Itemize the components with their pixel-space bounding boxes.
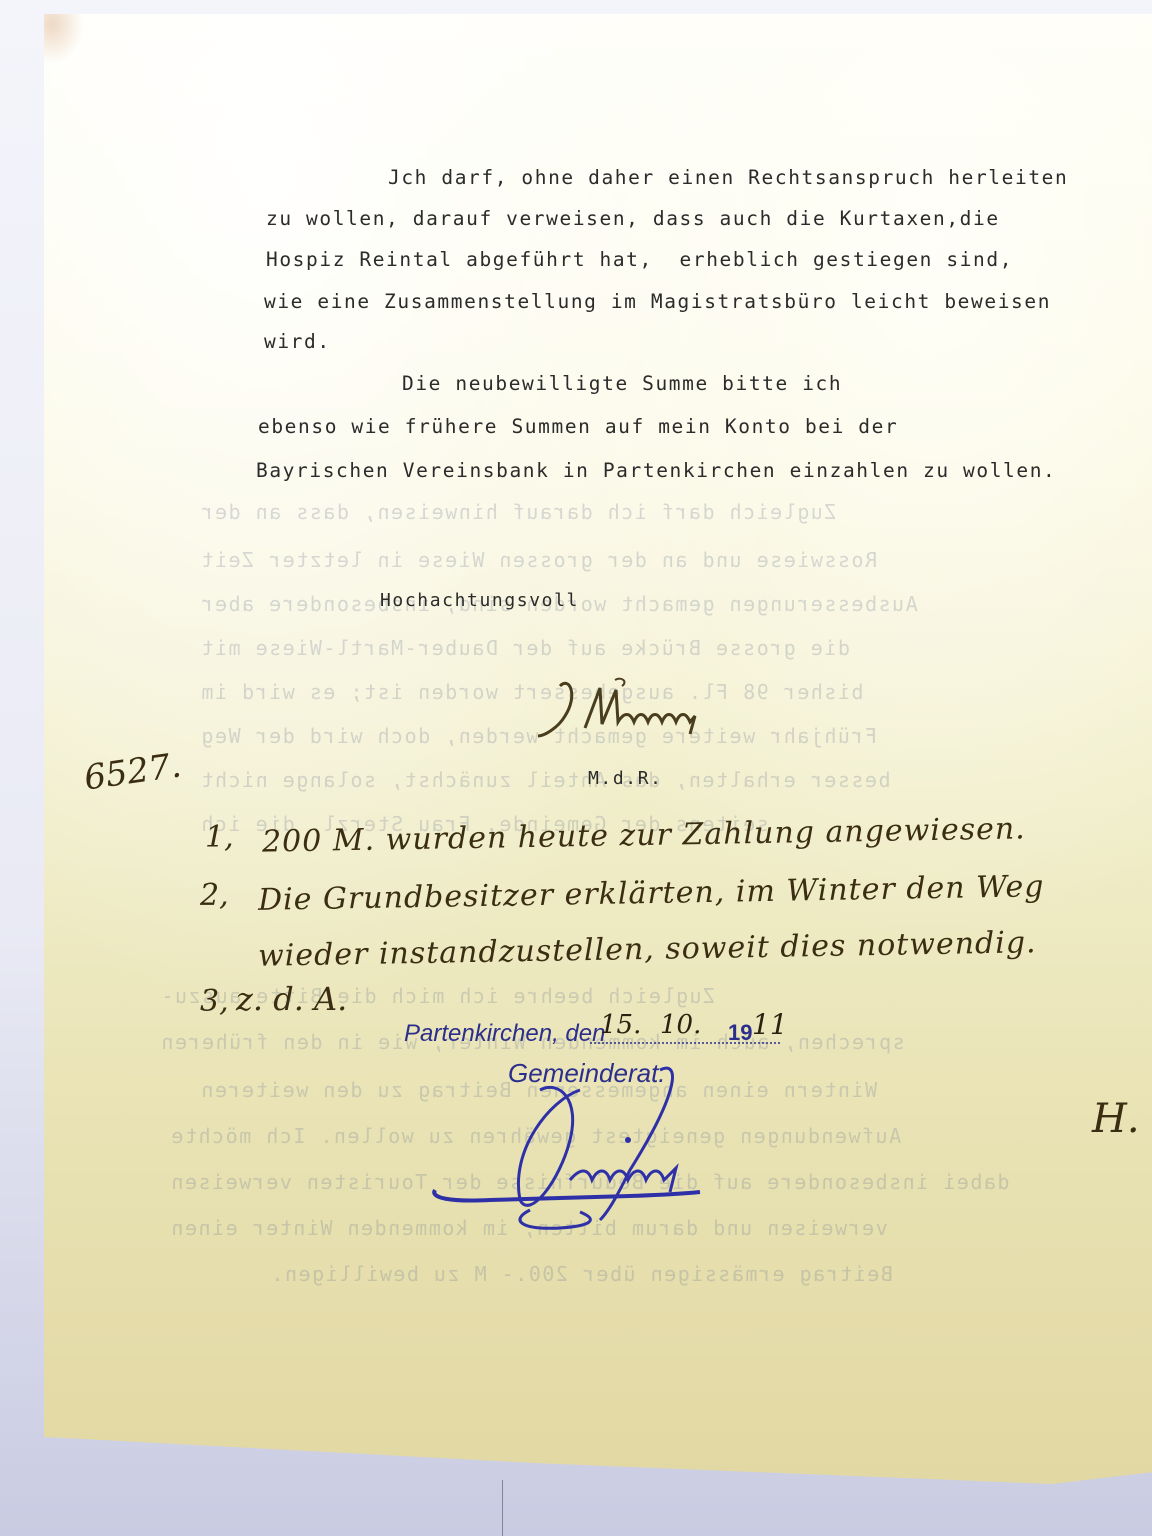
author-signature <box>530 676 730 746</box>
show-through-line: Zugleich darf ich darauf hinweisen, dass… <box>200 500 836 524</box>
closing-salutation: Hochachtungsvoll <box>380 590 579 611</box>
stamp-date-day: 15. <box>600 1010 641 1040</box>
stamp-date-underline <box>590 1040 790 1046</box>
paper-stain <box>44 14 84 64</box>
stamp-signature <box>430 1060 810 1240</box>
paragraph-1-line-1: Jch darf, ohne daher einen Rechtsanspruc… <box>388 166 1068 189</box>
right-margin-mark: H. <box>1092 1096 1140 1142</box>
stamp-date-year-suffix: 11 <box>752 1008 788 1041</box>
paragraph-1-line-4: wie eine Zusammenstellung im Magistratsb… <box>264 290 1051 313</box>
annotation-item-number: 1, <box>205 820 234 855</box>
paragraph-2-line-2: ebenso wie frühere Summen auf mein Konto… <box>258 415 898 438</box>
annotation-item-text: z. d. A. <box>236 980 347 1018</box>
show-through-line: die grosse Brücke auf der Dauber-Martl-W… <box>200 636 850 660</box>
stamp-place: Partenkirchen, den <box>404 1020 605 1048</box>
show-through-line: besser erhalten, das Anteil zunächst, so… <box>200 768 891 792</box>
paragraph-2-line-1: Die neubewilligte Summe bitte ich <box>402 372 842 395</box>
show-through-line: Beitrag ermässigen über 200.- M zu bewil… <box>270 1262 893 1286</box>
backdrop-seam <box>502 1480 503 1536</box>
paragraph-1-line-5: wird. <box>264 330 331 353</box>
paragraph-1-line-3: Hospiz Reintal abgeführt hat, erheblich … <box>266 248 1013 271</box>
signature-title: M.d.R. <box>588 768 663 789</box>
annotation-item-number: 3, <box>200 984 229 1019</box>
show-through-line: Rosswiese und an der grossen Wiese in le… <box>200 548 877 572</box>
paragraph-1-line-2: zu wollen, darauf verweisen, dass auch d… <box>266 207 1000 230</box>
annotation-item-number: 2, <box>200 878 229 913</box>
paragraph-2-line-3: Bayrischen Vereinsbank in Partenkirchen … <box>256 459 1056 482</box>
stamp-date-month: 10. <box>660 1010 701 1040</box>
